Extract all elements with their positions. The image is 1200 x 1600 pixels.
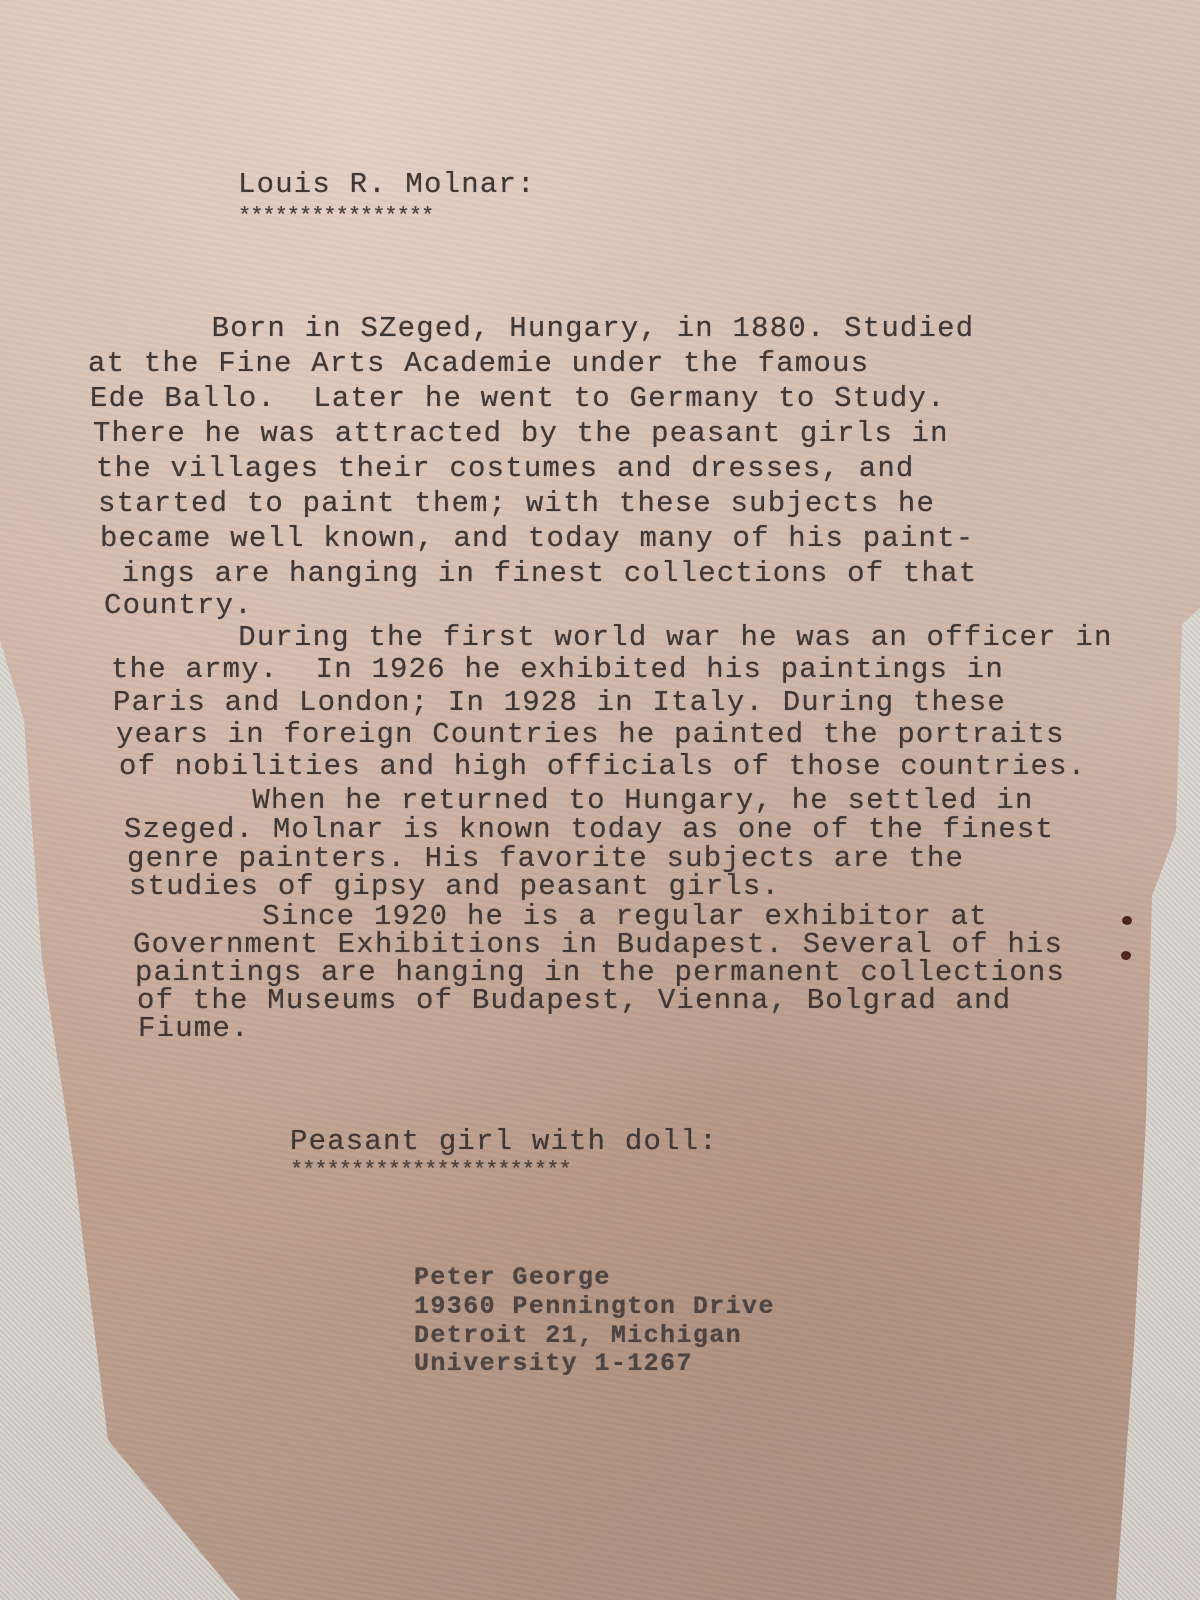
body-line: Szeged. Molnar is known today as one of … xyxy=(124,815,1054,844)
heading-title: Louis R. Molnar: xyxy=(238,170,536,199)
heading-underline: **************** xyxy=(238,206,433,228)
body-line: Country. xyxy=(104,591,253,620)
body-line: Since 1920 he is a regular exhibitor at xyxy=(132,902,988,931)
body-line: studies of gipsy and peasant girls. xyxy=(129,872,780,901)
painting-title: Peasant girl with doll: xyxy=(290,1127,718,1156)
body-line: ings are hanging in finest collections o… xyxy=(103,559,977,588)
body-line: started to paint them; with these subjec… xyxy=(98,489,935,518)
body-line: When he returned to Hungary, he settled … xyxy=(122,786,1034,815)
address-city: Detroit 21, Michigan xyxy=(414,1323,742,1348)
typed-sheet: Louis R. Molnar: **************** Born i… xyxy=(0,0,1200,1600)
body-line: genre painters. His favorite subjects ar… xyxy=(127,844,964,873)
body-line: paintings are hanging in the permanent c… xyxy=(135,958,1065,987)
body-line: There he was attracted by the peasant gi… xyxy=(93,419,949,448)
body-line: Paris and London; In 1928 in Italy. Duri… xyxy=(113,688,1006,717)
body-line: years in foreign Countries he painted th… xyxy=(116,720,1065,749)
address-phone: University 1-1267 xyxy=(414,1351,693,1376)
body-line: Government Exhibitions in Budapest. Seve… xyxy=(133,930,1063,959)
body-line: the villages their costumes and dresses,… xyxy=(96,454,915,483)
body-line: Born in SZeged, Hungary, in 1880. Studie… xyxy=(100,314,974,343)
body-line: Ede Ballo. Later he went to Germany to S… xyxy=(90,384,946,413)
body-line: at the Fine Arts Academie under the famo… xyxy=(88,349,869,378)
body-line: of nobilities and high officials of thos… xyxy=(119,752,1086,781)
body-line: Fiume. xyxy=(138,1014,250,1043)
body-line: During the first world war he was an off… xyxy=(108,623,1113,652)
address-street: 19360 Pennington Drive xyxy=(414,1294,775,1319)
body-line: of the Museums of Budapest, Vienna, Bolg… xyxy=(137,986,1011,1015)
body-line: the army. In 1926 he exhibited his paint… xyxy=(111,655,1004,684)
ink-stain xyxy=(1121,951,1131,960)
painting-title-underline: *********************** xyxy=(290,1160,571,1182)
body-line: became well known, and today many of his… xyxy=(100,524,974,553)
ink-stain xyxy=(1122,916,1132,925)
address-name: Peter George xyxy=(414,1265,611,1290)
